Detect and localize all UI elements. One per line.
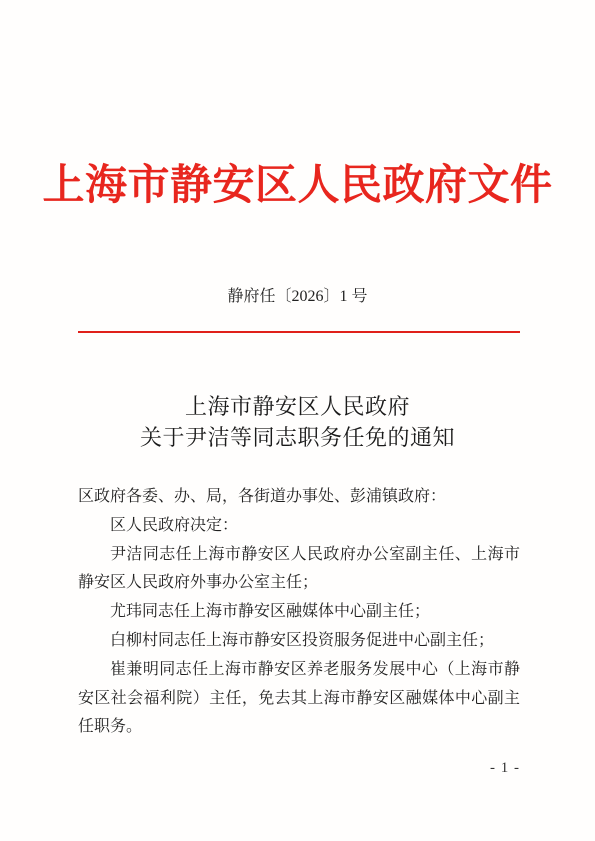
document-page: 上海市静安区人民政府文件 静府任〔2026〕1 号 上海市静安区人民政府 关于尹… bbox=[0, 0, 595, 841]
document-title: 上海市静安区人民政府 关于尹洁等同志职务任免的通知 bbox=[0, 391, 595, 453]
body-paragraph: 尤玮同志任上海市静安区融媒体中心副主任； bbox=[78, 598, 520, 627]
document-header-title: 上海市静安区人民政府文件 bbox=[0, 0, 595, 212]
document-number: 静府任〔2026〕1 号 bbox=[0, 286, 595, 308]
recipients-line: 区政府各委、办、局，各街道办事处、彭浦镇政府： bbox=[78, 483, 520, 512]
body-paragraph: 崔兼明同志任上海市静安区养老服务发展中心（上海市静安区社会福利院）主任，免去其上… bbox=[78, 656, 520, 742]
document-title-line1: 上海市静安区人民政府 bbox=[0, 391, 595, 422]
body-paragraph: 区人民政府决定： bbox=[78, 512, 520, 541]
body-paragraph: 尹洁同志任上海市静安区人民政府办公室副主任、上海市静安区人民政府外事办公室主任； bbox=[78, 541, 520, 599]
document-title-line2: 关于尹洁等同志职务任免的通知 bbox=[0, 422, 595, 453]
document-body: 区政府各委、办、局，各街道办事处、彭浦镇政府： 区人民政府决定： 尹洁同志任上海… bbox=[78, 483, 520, 742]
page-number: - 1 - bbox=[490, 758, 520, 778]
red-separator-line bbox=[78, 331, 520, 333]
body-paragraph: 白柳村同志任上海市静安区投资服务促进中心副主任； bbox=[78, 627, 520, 656]
